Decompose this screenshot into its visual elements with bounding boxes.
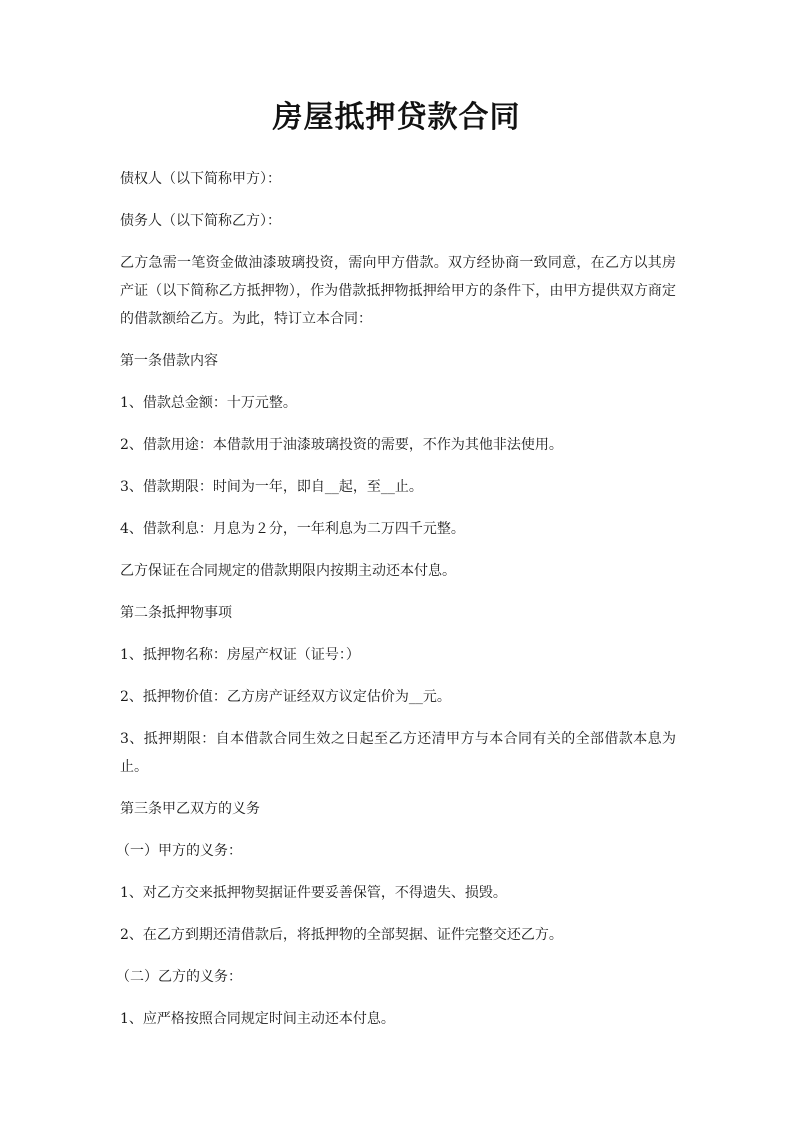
article-1-item-2: 2、借款用途：本借款用于油漆玻璃投资的需要，不作为其他非法使用。 [120,431,676,459]
article-3-heading: 第三条甲乙双方的义务 [120,795,676,823]
repayment-guarantee: 乙方保证在合同规定的借款期限内按期主动还本付息。 [120,557,676,585]
article-1-heading: 第一条借款内容 [120,347,676,375]
article-2-item-2: 2、抵押物价值：乙方房产证经双方议定估价为__元。 [120,683,676,711]
party-b-obligation-1: 1、应严格按照合同规定时间主动还本付息。 [120,1005,676,1033]
article-1-item-3: 3、借款期限：时间为一年，即自__起，至__止。 [120,473,676,501]
article-2-item-1: 1、抵押物名称：房屋产权证（证号：） [120,641,676,669]
party-a-obligation-2: 2、在乙方到期还清借款后，将抵押物的全部契据、证件完整交还乙方。 [120,921,676,949]
document-title: 房屋抵押贷款合同 [0,92,793,136]
party-a-obligation-1: 1、对乙方交来抵押物契据证件要妥善保管，不得遗失、损毁。 [120,879,676,907]
debtor-line: 债务人（以下简称乙方）： [120,207,676,235]
article-1-item-1: 1、借款总金额：十万元整。 [120,389,676,417]
article-2-heading: 第二条抵押物事项 [120,599,676,627]
document-body: 债权人（以下简称甲方）： 债务人（以下简称乙方）： 乙方急需一笔资金做油漆玻璃投… [120,165,676,1047]
creditor-line: 债权人（以下简称甲方）： [120,165,676,193]
article-1-item-4: 4、借款利息：月息为２分，一年利息为二万四千元整。 [120,515,676,543]
party-a-obligations-heading: （一）甲方的义务： [116,837,676,865]
party-b-obligations-heading: （二）乙方的义务： [116,963,676,991]
article-2-item-3: 3、抵押期限：自本借款合同生效之日起至乙方还清甲方与本合同有关的全部借款本息为止… [120,725,676,781]
preamble-paragraph: 乙方急需一笔资金做油漆玻璃投资，需向甲方借款。双方经协商一致同意，在乙方以其房产… [120,249,676,333]
